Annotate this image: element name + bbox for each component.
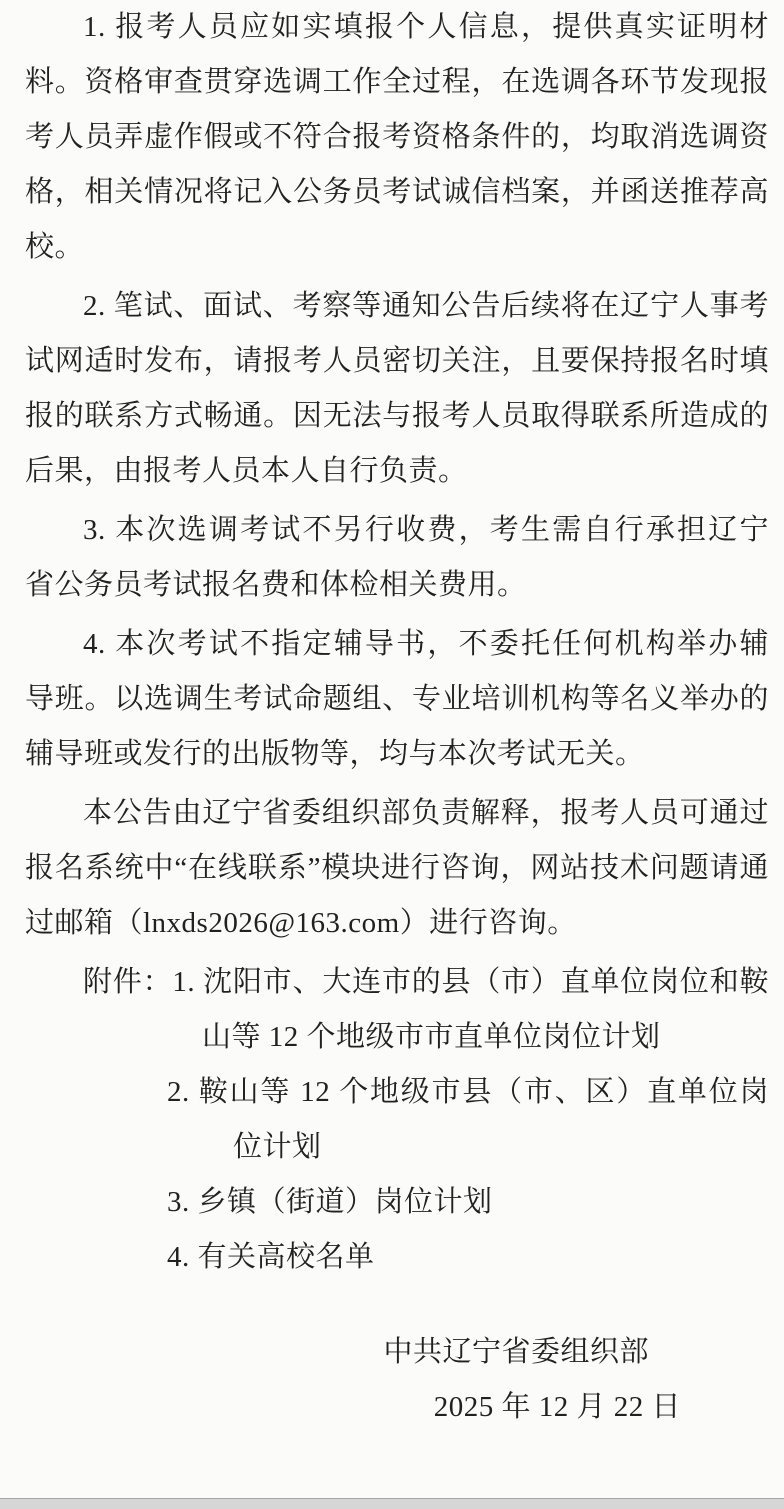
attachment-line: 3. 乡镇（街道）岗位计划 bbox=[25, 1175, 769, 1230]
attachment-line: 附件：1. 沈阳市、大连市的县（市）直单位岗位和鞍 bbox=[25, 955, 769, 1010]
body-line: 2. 笔试、面试、考察等通知公告后续将在辽宁人事考 bbox=[25, 279, 769, 334]
attachment-line: 2. 鞍山等 12 个地级市县（市、区）直单位岗 bbox=[25, 1065, 769, 1120]
body-line: 省公务员考试报名费和体检相关费用。 bbox=[25, 558, 769, 613]
body-line: 后果，由报考人员本人自行负责。 bbox=[25, 444, 769, 499]
body-line: 本公告由辽宁省委组织部负责解释，报考人员可通过 bbox=[25, 786, 769, 841]
body-line: 过邮箱（lnxds2026@163.com）进行咨询。 bbox=[25, 896, 769, 951]
signature-org: 中共辽宁省委组织部 bbox=[25, 1325, 769, 1380]
body-line: 报名系统中“在线联系”模块进行咨询，网站技术问题请通 bbox=[25, 841, 769, 896]
body-line: 料。资格审查贯穿选调工作全过程，在选调各环节发现报 bbox=[25, 55, 769, 110]
attachment-line: 4. 有关高校名单 bbox=[25, 1230, 769, 1285]
body-line: 3. 本次选调考试不另行收费，考生需自行承担辽宁 bbox=[25, 503, 769, 558]
body-line: 试网适时发布，请报考人员密切关注，且要保持报名时填 bbox=[25, 334, 769, 389]
body-line: 4. 本次考试不指定辅导书，不委托任何机构举办辅 bbox=[25, 617, 769, 672]
signature-block: 中共辽宁省委组织部 2025 年 12 月 22 日 bbox=[25, 1325, 769, 1435]
signature-date: 2025 年 12 月 22 日 bbox=[25, 1380, 769, 1435]
attachment-line: 位计划 bbox=[25, 1120, 769, 1175]
body-line: 辅导班或发行的出版物等，均与本次考试无关。 bbox=[25, 727, 769, 782]
body-line: 考人员弄虚作假或不符合报考资格条件的，均取消选调资 bbox=[25, 110, 769, 165]
page-bottom-edge bbox=[0, 1498, 784, 1509]
document-page: 1. 报考人员应如实填报个人信息，提供真实证明材 料。资格审查贯穿选调工作全过程… bbox=[0, 0, 784, 1435]
body-line: 1. 报考人员应如实填报个人信息，提供真实证明材 bbox=[25, 0, 769, 55]
attachment-line: 山等 12 个地级市市直单位岗位计划 bbox=[25, 1010, 769, 1065]
body-line: 导班。以选调生考试命题组、专业培训机构等名义举办的 bbox=[25, 672, 769, 727]
body-line: 格，相关情况将记入公务员考试诚信档案，并函送推荐高 bbox=[25, 165, 769, 220]
body-line: 报的联系方式畅通。因无法与报考人员取得联系所造成的 bbox=[25, 389, 769, 444]
body-line: 校。 bbox=[25, 220, 769, 275]
